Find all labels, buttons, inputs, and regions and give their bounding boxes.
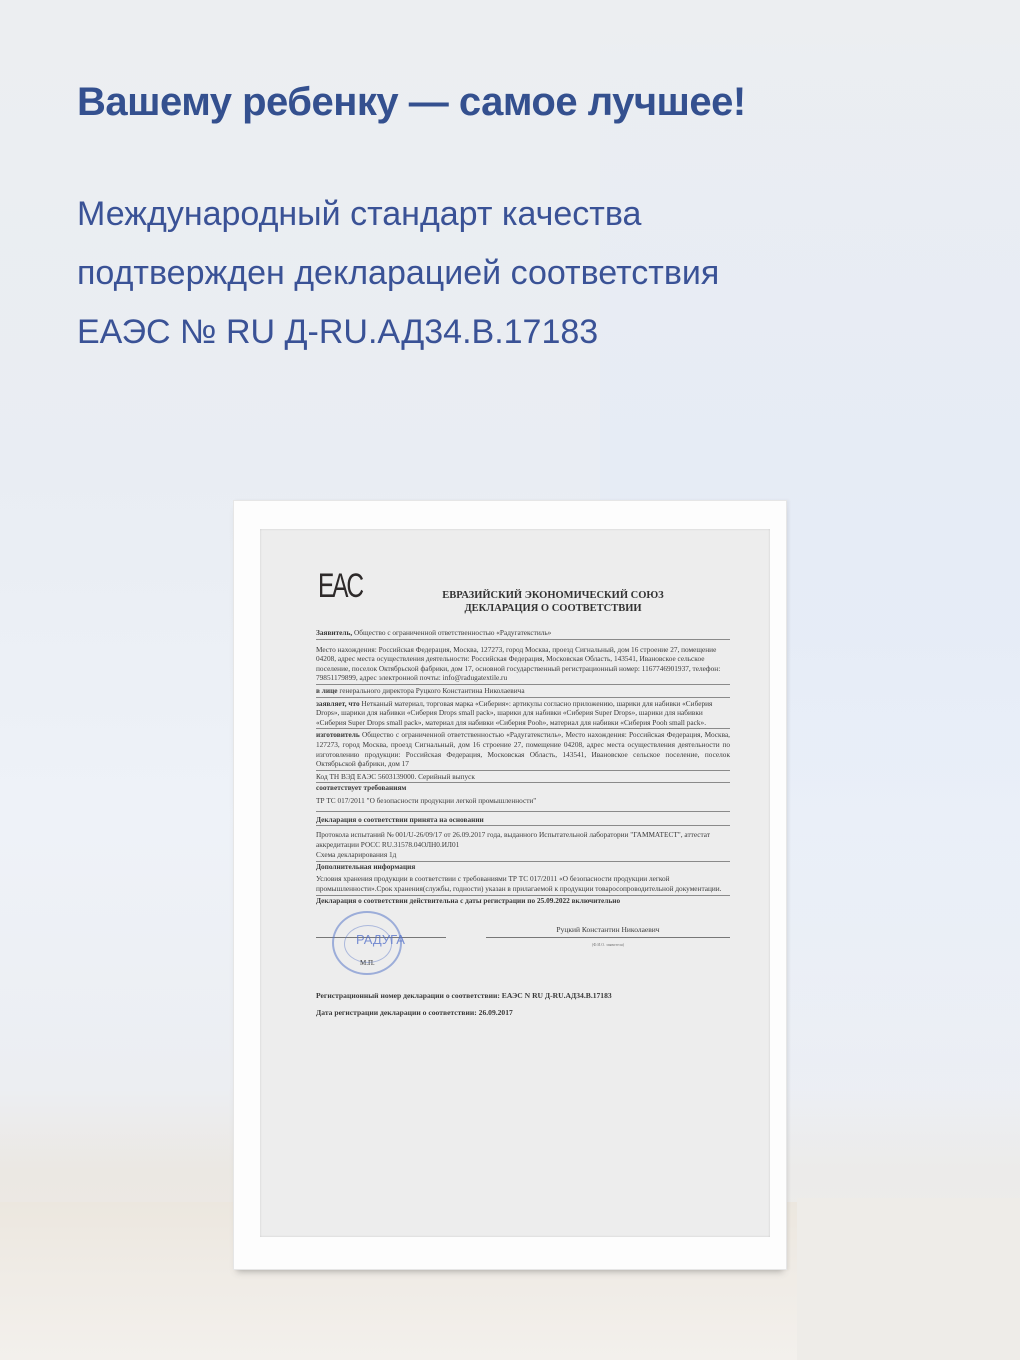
- code-section: Код ТН ВЭД ЕАЭС 5603139000. Серийный вып…: [316, 771, 730, 784]
- validity: Декларация о соответствии действительна …: [316, 896, 730, 906]
- signature-area: РАДУГА М.П. Руцкий Константин Николаевич…: [316, 909, 730, 989]
- subtext-line: подтвержден декларацией соответствия: [77, 244, 719, 303]
- represented-section: в лице генерального директора Руцкого Ко…: [316, 685, 730, 698]
- signer-note: (Ф.И.О. заявителя): [486, 940, 730, 950]
- location-section: Место нахождения: Российская Федерация, …: [316, 644, 730, 685]
- document-title: ЕВРАЗИЙСКИЙ ЭКОНОМИЧЕСКИЙ СОЮЗ ДЕКЛАРАЦИ…: [408, 589, 698, 615]
- registration-number: Регистрационный номер декларации о соотв…: [316, 991, 730, 1001]
- basis-section: Протокола испытаний № 001/U-26/09/17 от …: [316, 826, 730, 849]
- title-line: ЕВРАЗИЙСКИЙ ЭКОНОМИЧЕСКИЙ СОЮЗ: [408, 589, 698, 602]
- scheme: Схема декларирования 1д: [316, 849, 730, 862]
- document-body: Заявитель, Общество с ограниченной ответ…: [316, 627, 730, 1017]
- subtext-line: Международный стандарт качества: [77, 185, 719, 244]
- basis-label: Декларация о соответствии принята на осн…: [316, 812, 730, 827]
- registration-date: Дата регистрации декларации о соответств…: [316, 1008, 730, 1018]
- subtext-line: ЕАЭС № RU Д-RU.АД34.В.17183: [77, 303, 719, 362]
- signer-name: Руцкий Константин Николаевич: [486, 925, 730, 935]
- eac-logo: EAC: [318, 582, 362, 592]
- stamp-place: М.П.: [360, 959, 375, 969]
- manufacturer-section: изготовитель Общество с ограниченной отв…: [316, 729, 730, 770]
- subtext: Международный стандарт качества подтверж…: [77, 185, 719, 362]
- shelf-surface-right: [797, 1198, 1020, 1360]
- declares-section: заявляет, что Нетканый материал, торгова…: [316, 698, 730, 730]
- complies-label: соответствует требованиям: [316, 783, 730, 793]
- title-line: ДЕКЛАРАЦИЯ О СООТВЕТСТВИИ: [408, 602, 698, 615]
- additional-label: Дополнительная информация: [316, 862, 730, 872]
- signer-line: [486, 937, 730, 938]
- picture-frame: EAC ЕВРАЗИЙСКИЙ ЭКОНОМИЧЕСКИЙ СОЮЗ ДЕКЛА…: [233, 500, 787, 1270]
- declaration-document: EAC ЕВРАЗИЙСКИЙ ЭКОНОМИЧЕСКИЙ СОЮЗ ДЕКЛА…: [260, 529, 770, 1237]
- headline: Вашему ребенку — самое лучшее!: [77, 80, 746, 125]
- additional-section: Условия хранения продукции в соответстви…: [316, 871, 730, 895]
- complies-section: ТР ТС 017/2011 "О безопасности продукции…: [316, 793, 730, 812]
- applicant-section: Заявитель, Общество с ограниченной ответ…: [316, 627, 730, 640]
